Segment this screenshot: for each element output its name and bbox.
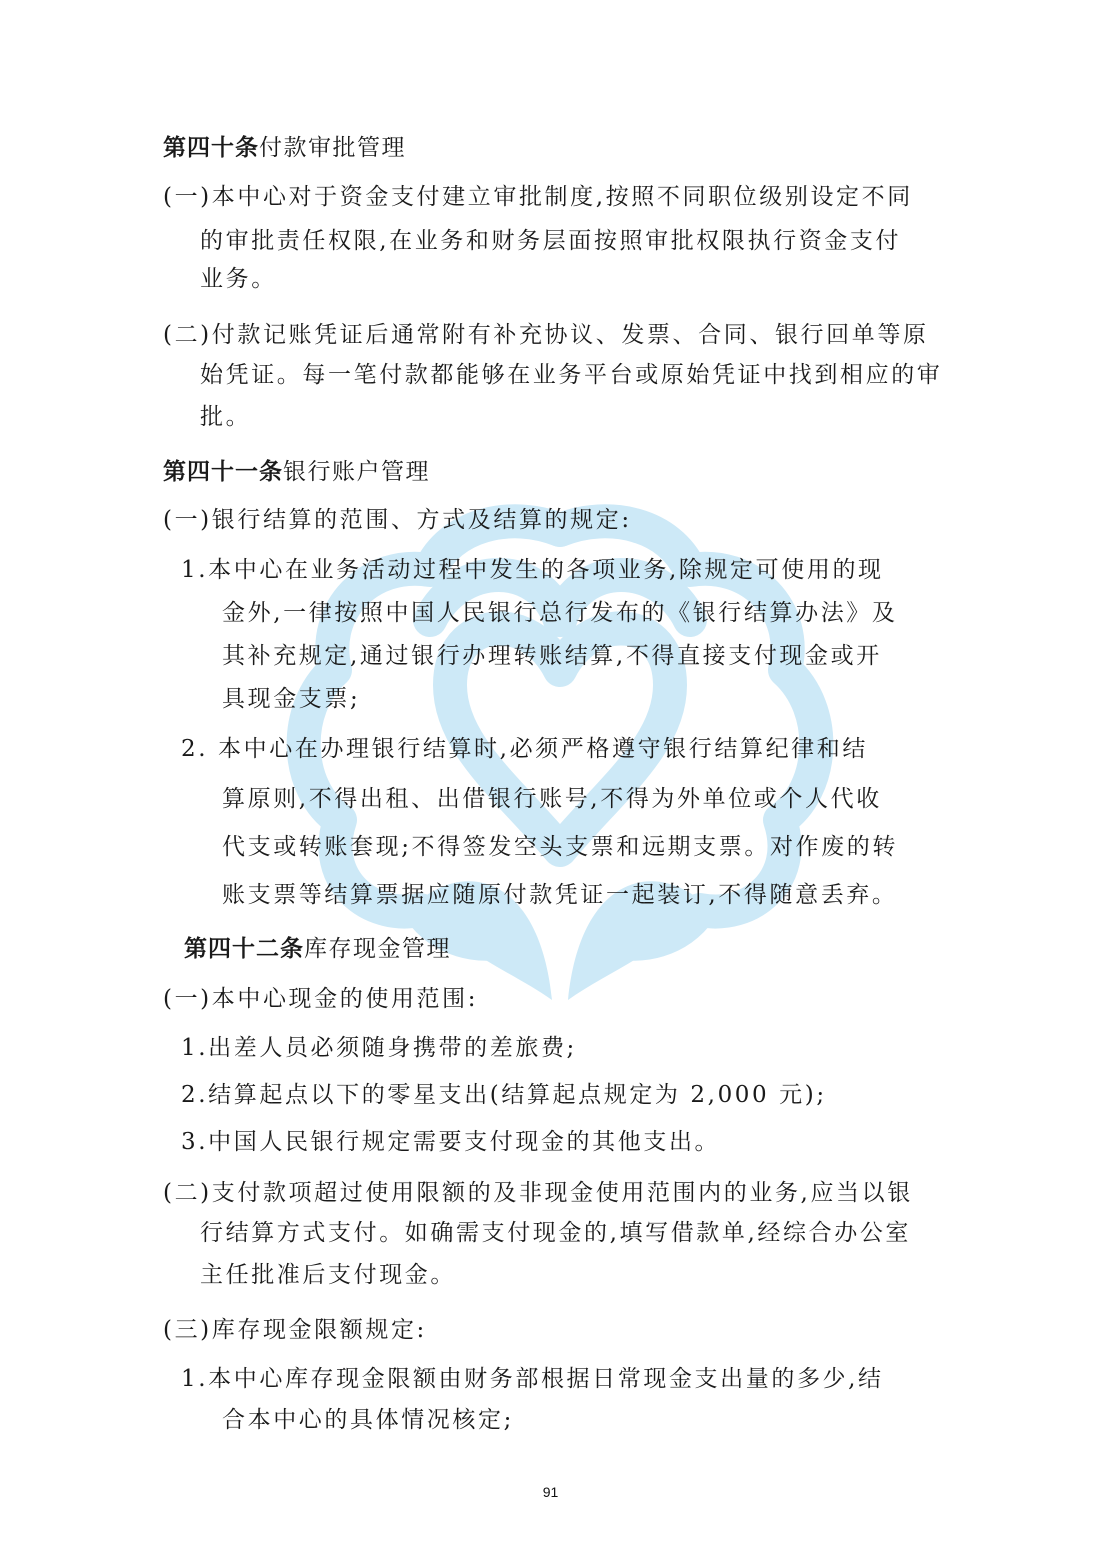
paragraph-line: 具现金支票; — [222, 684, 360, 714]
paragraph-line: 合本中心的具体情况核定; — [222, 1405, 514, 1435]
paragraph-line: (一)本中心现金的使用范围: — [163, 984, 478, 1014]
article-title: 付款审批管理 — [259, 135, 406, 161]
paragraph-line: 主任批准后支付现金。 — [200, 1260, 456, 1290]
paragraph-line: (一)银行结算的范围、方式及结算的规定: — [163, 505, 632, 535]
paragraph-line: 3.中国人民银行规定需要支付现金的其他支出。 — [181, 1127, 720, 1157]
paragraph-line: 1.本中心在业务活动过程中发生的各项业务,除规定可使用的现 — [181, 555, 884, 585]
paragraph-line: 始凭证。每一笔付款都能够在业务平台或原始凭证中找到相应的审 — [200, 360, 942, 390]
paragraph-line: 算原则,不得出租、出借银行账号,不得为外单位或个人代收 — [222, 784, 882, 814]
paragraph-line: 代支或转账套现;不得签发空头支票和远期支票。对作废的转 — [222, 832, 898, 862]
paragraph-line: (二)支付款项超过使用限额的及非现金使用范围内的业务,应当以银 — [163, 1178, 913, 1208]
paragraph-line: 金外,一律按照中国人民银行总行发布的《银行结算办法》及 — [222, 598, 898, 628]
paragraph-line: 行结算方式支付。如确需支付现金的,填写借款单,经综合办公室 — [200, 1218, 911, 1248]
paragraph-line: 2. 本中心在办理银行结算时,必须严格遵守银行结算纪律和结 — [181, 734, 868, 764]
paragraph-line: 业务。 — [200, 264, 277, 294]
paragraph-line: 的审批责任权限,在业务和财务层面按照审批权限执行资金支付 — [200, 226, 901, 256]
paragraph-line: (一)本中心对于资金支付建立审批制度,按照不同职位级别设定不同 — [163, 182, 913, 212]
paragraph-line: (二)付款记账凭证后通常附有补充协议、发票、合同、银行回单等原 — [163, 320, 929, 350]
paragraph-line: 账支票等结算票据应随原付款凭证一起装订,不得随意丢弃。 — [222, 880, 898, 910]
paragraph-line: 1.本中心库存现金限额由财务部根据日常现金支出量的多少,结 — [181, 1364, 884, 1394]
article-number: 第四十条 — [163, 134, 259, 161]
paragraph-line: 2.结算起点以下的零星支出(结算起点规定为 2,000 元); — [181, 1080, 827, 1110]
paragraph-line: 其补充规定,通过银行办理转账结算,不得直接支付现金或开 — [222, 641, 882, 671]
article-title: 银行账户管理 — [283, 459, 430, 485]
article-heading: 第四十一条银行账户管理 — [163, 457, 430, 487]
paragraph-line: 1.出差人员必须随身携带的差旅费; — [181, 1033, 577, 1063]
article-heading: 第四十二条库存现金管理 — [184, 934, 451, 964]
document-page: 第四十条付款审批管理(一)本中心对于资金支付建立审批制度,按照不同职位级别设定不… — [0, 0, 1101, 1559]
article-title: 库存现金管理 — [304, 936, 451, 962]
article-number: 第四十二条 — [184, 935, 304, 962]
paragraph-line: (三)库存现金限额规定: — [163, 1315, 427, 1345]
article-heading: 第四十条付款审批管理 — [163, 133, 406, 163]
paragraph-line: 批。 — [200, 402, 251, 432]
article-number: 第四十一条 — [163, 458, 283, 485]
